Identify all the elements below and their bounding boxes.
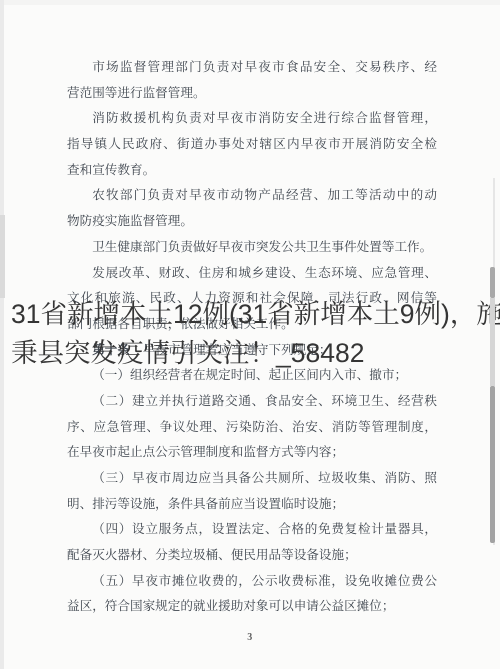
document-line: 消防救援机构负责对早夜市消防安全进行综合监督管理， <box>67 106 437 132</box>
page-left-edge <box>0 0 4 669</box>
document-line: （二）建立并执行道路交通、食品安全、环境卫生、经营秩 <box>67 389 437 415</box>
document-line: 物防疫实施监督管理。 <box>67 209 437 235</box>
document-screenshot: 市场监督管理部门负责对早夜市食品安全、交易秩序、经营范围等进行监督管理。消防救援… <box>0 0 500 669</box>
document-line: 序、应急管理、争议处理、污染防治、治安、消防等管理制度， <box>67 415 437 441</box>
document-line: （四）设立服务点，设置法定、合格的免费复检计量器具， <box>67 517 437 543</box>
page-left-edge-shadow <box>0 215 5 298</box>
headline-overlay: 31省新增本土12例(31省新增本土9例)，施 秉县突发疫情引关注！_58482 <box>11 295 500 372</box>
document-line: 查和宣传教育。 <box>67 158 437 184</box>
document-line: 卫生健康部门负责做好早夜市突发公共卫生事件处置等工作。 <box>67 235 437 261</box>
scrollbar-thumb-top[interactable] <box>490 267 495 298</box>
headline-line-1: 31省新增本土12例(31省新增本土9例)，施 <box>11 295 500 334</box>
document-line: 市场监督管理部门负责对早夜市食品安全、交易秩序、经 <box>67 55 437 81</box>
document-line: 发展改革、财政、住房和城乡建设、生态环境、应急管理、 <box>67 261 437 287</box>
document-line: 明、排污等设施，条件具备前应当设置临时设施； <box>67 492 437 518</box>
document-line: （三）早夜市周边应当具备公共厕所、垃圾收集、消防、照 <box>67 466 437 492</box>
document-line: 农牧部门负责对早夜市动物产品经营、加工等活动中的动 <box>67 183 437 209</box>
document-line: 益区，符合国家规定的就业援助对象可以申请公益区摊位； <box>67 594 437 620</box>
document-line: 配备灭火器材、分类垃圾桶、便民用品等设备设施； <box>67 543 437 569</box>
page-top-edge <box>0 0 500 5</box>
headline-line-2: 秉县突发疫情引关注！_58482 <box>11 334 500 373</box>
document-line: （五）早夜市摊位收费的，公示收费标准，设免收摊位费公 <box>67 569 437 595</box>
document-line: 营范围等进行监督管理。 <box>67 81 437 107</box>
scrollbar-thumb-bottom[interactable] <box>490 386 495 543</box>
page-number: 3 <box>0 632 500 643</box>
document-line: 指导镇人民政府、街道办事处对辖区内早夜市开展消防安全检 <box>67 132 437 158</box>
document-line: 在早夜市起止点公示管理制度和监督方式等内容； <box>67 440 437 466</box>
scrollbar-mid-segment <box>490 298 495 386</box>
